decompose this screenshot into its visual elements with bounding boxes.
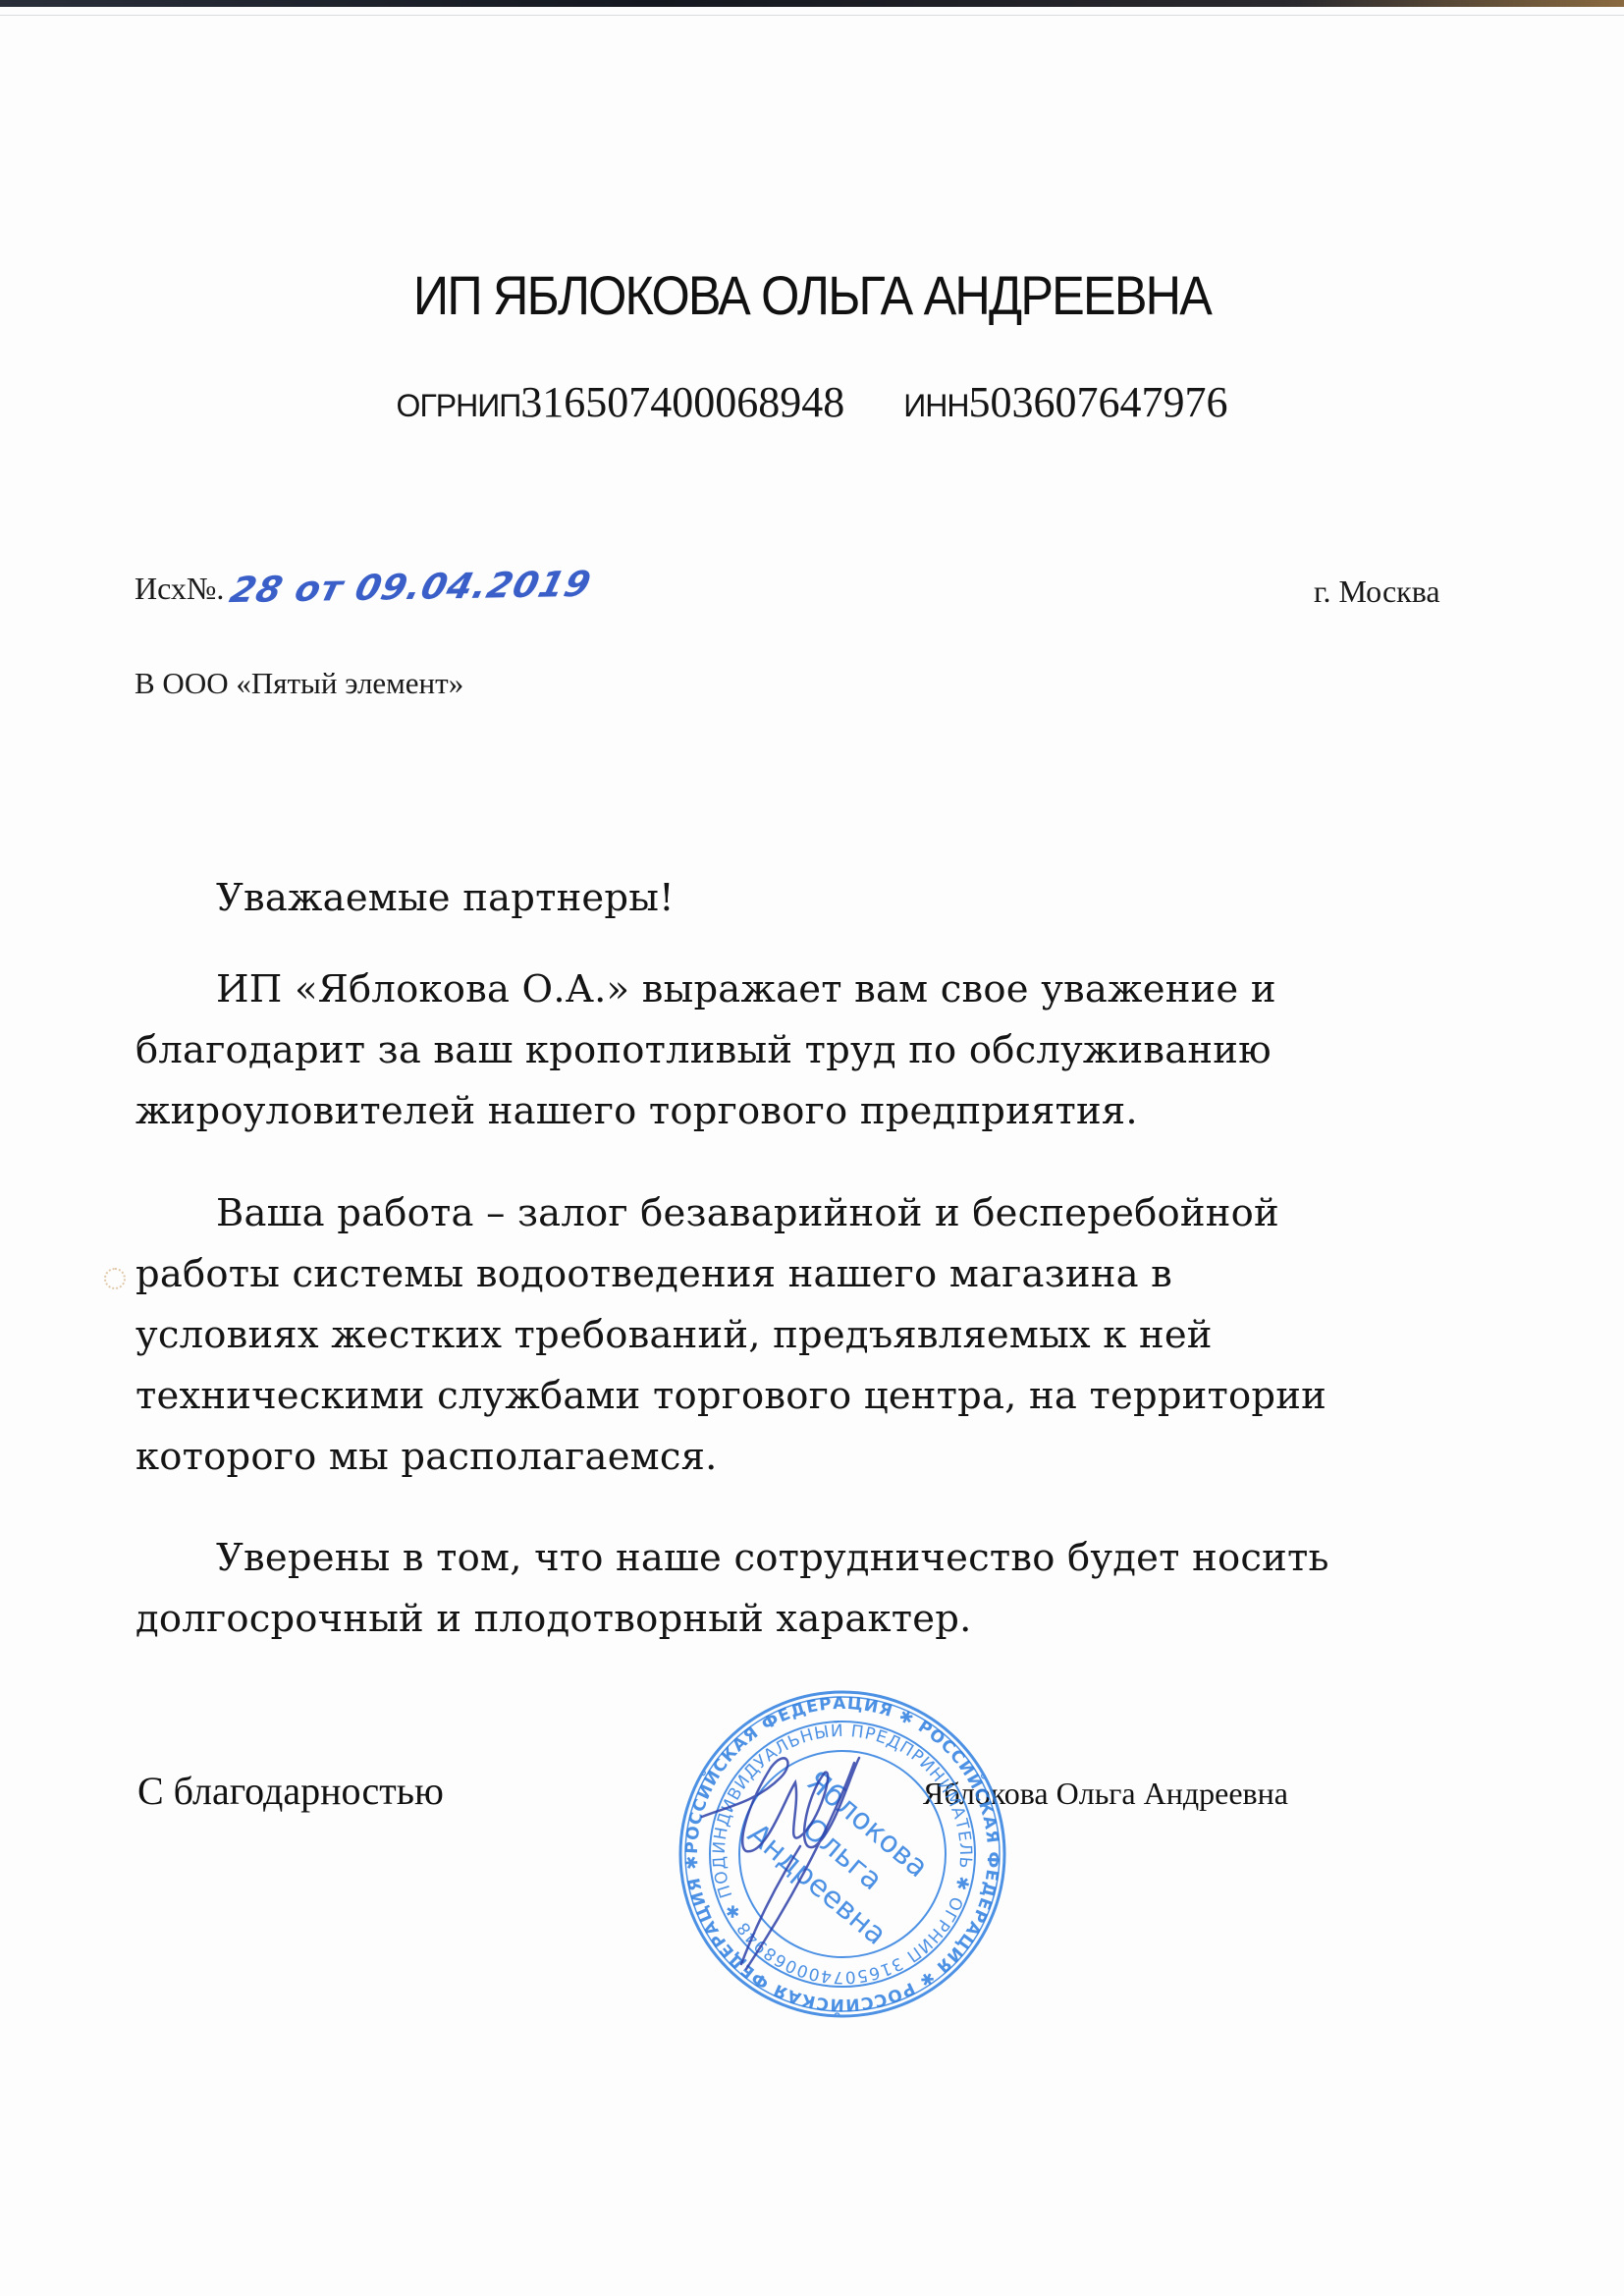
recipient: В ООО «Пятый элемент» (135, 666, 463, 701)
paragraph-line: долгосрочный и плодотворный характер. (135, 1589, 1490, 1650)
closing-phrase: С благодарностью (137, 1768, 444, 1814)
letterhead-ids: ОГРНИП316507400068948ИНН503607647976 (0, 377, 1624, 427)
inn-value: 503607647976 (968, 378, 1227, 426)
handwritten-signature (687, 1738, 903, 1984)
paragraph-line: ИП «Яблокова О.А.» выражает вам свое ува… (135, 959, 1490, 1020)
handwritten-reference-number: 28 от 09.04.2019 (226, 565, 595, 611)
paragraph-line: работы системы водоотведения нашего мага… (135, 1244, 1490, 1305)
greeting-text: Уважаемые партнеры! (135, 868, 1490, 929)
letterhead-title: ИП ЯБЛОКОВА ОЛЬГА АНДРЕЕВНА (81, 263, 1543, 327)
paragraph-line: благодарит за ваш кропотливый труд по об… (135, 1020, 1490, 1081)
paragraph-line: жироуловителей нашего торгового предприя… (135, 1081, 1490, 1142)
paragraph-line: условиях жестких требований, предъявляем… (135, 1305, 1490, 1366)
outgoing-reference: Исх№.28 от 09.04.2019 (135, 568, 590, 608)
city: г. Москва (1314, 574, 1440, 610)
paragraph-line: Уверены в том, что наше сотрудничество б… (135, 1528, 1490, 1589)
paragraph-line: которого мы располагаемся. (135, 1427, 1490, 1488)
paragraph-2: Ваша работа – залог безаварийной и беспе… (135, 1183, 1490, 1488)
ogrnip-label: ОГРНИП (397, 388, 521, 423)
reference-label: Исх№. (135, 571, 224, 606)
scan-edge-strip (0, 0, 1624, 7)
inn-label: ИНН (903, 388, 968, 423)
ogrnip-value: 316507400068948 (520, 378, 844, 426)
paragraph-line: Ваша работа – залог безаварийной и беспе… (135, 1183, 1490, 1244)
scan-smudge (104, 1268, 126, 1289)
paragraph-1: ИП «Яблокова О.А.» выражает вам свое ува… (135, 959, 1490, 1142)
paragraph-line: техническими службами торгового центра, … (135, 1366, 1490, 1427)
paragraph-3: Уверены в том, что наше сотрудничество б… (135, 1528, 1490, 1650)
scan-edge-line (0, 15, 1624, 16)
greeting: Уважаемые партнеры! (135, 868, 1490, 929)
